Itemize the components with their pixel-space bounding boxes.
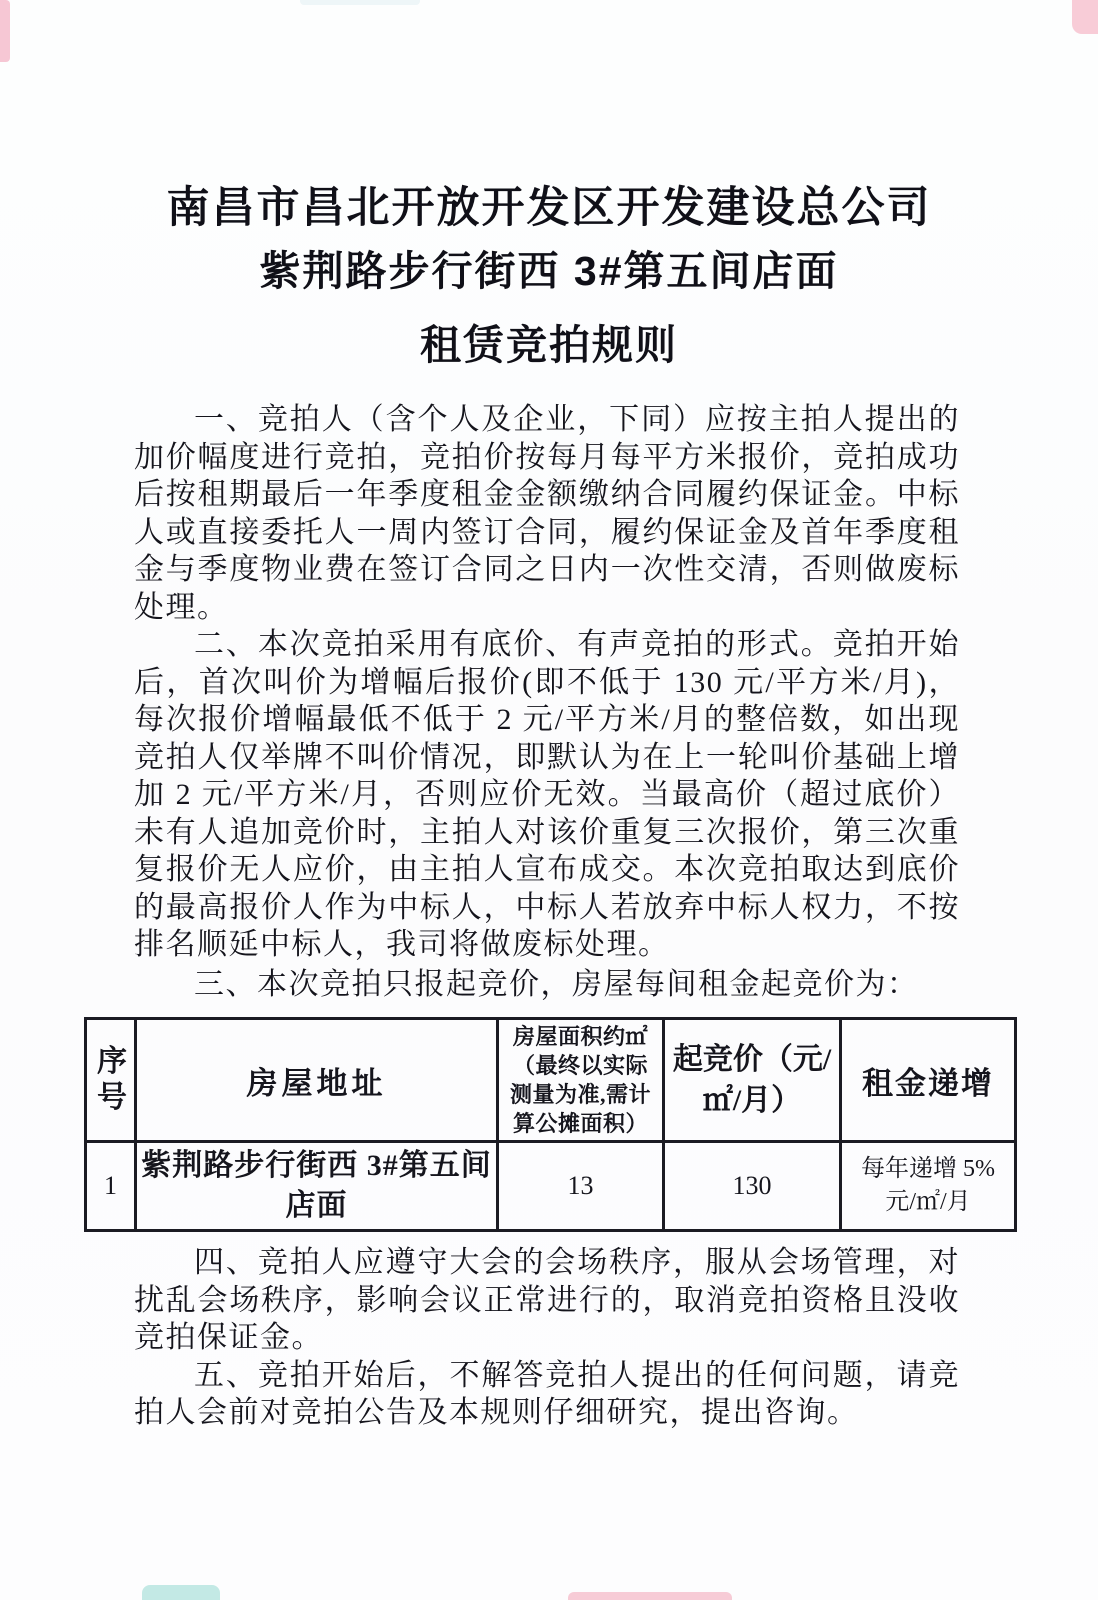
scan-artifact-top-right (1072, 0, 1098, 34)
col-header-area: 房屋面积约㎡（最终以实际测量为准,需计算公摊面积） (498, 1019, 664, 1142)
rule-paragraph-3: 三、本次竞拍只报起竞价，房屋每间租金起竞价为： (84, 966, 1014, 1004)
table-header-row: 序号 房屋地址 房屋面积约㎡（最终以实际测量为准,需计算公摊面积） 起竞价（元/… (86, 1019, 1016, 1142)
rule-paragraph-1: 一、竞拍人（含个人及企业，下同）应按主拍人提出的加价幅度进行竞拍，竞拍价按每月每… (84, 401, 1014, 626)
rule-paragraph-4: 四、竞拍人应遵守大会的会场秩序，服从会场管理，对扰乱会场秩序，影响会议正常进行的… (84, 1244, 1014, 1357)
col-header-rent-increase: 租金递增 (841, 1019, 1016, 1142)
document-title-rules: 租赁竞拍规则 (84, 321, 1014, 369)
table-row: 1 紫荆路步行街西 3#第五间店面 13 130 每年递增 5%元/㎡/月 (86, 1142, 1016, 1231)
col-header-start-price: 起竞价（元/㎡/月） (664, 1019, 841, 1142)
rule-paragraph-5: 五、竞拍开始后，不解答竞拍人提出的任何问题，请竞拍人会前对竞拍公告及本规则仔细研… (84, 1357, 1014, 1432)
scan-artifact-top-left (0, 0, 10, 62)
document-title-company: 南昌市昌北开放开发区开发建设总公司 (84, 183, 1014, 233)
col-header-address: 房屋地址 (136, 1019, 498, 1142)
cell-area: 13 (498, 1142, 664, 1231)
cell-serial-number: 1 (86, 1142, 136, 1231)
scan-artifact-bottom-pink (568, 1592, 732, 1600)
col-header-serial-number: 序号 (86, 1019, 136, 1142)
cell-rent-increase: 每年递增 5%元/㎡/月 (841, 1142, 1016, 1231)
document-title-property: 紫荆路步行街西 3#第五间店面 (84, 247, 1014, 295)
starting-price-table: 序号 房屋地址 房屋面积约㎡（最终以实际测量为准,需计算公摊面积） 起竞价（元/… (84, 1017, 1017, 1232)
rule-paragraph-2: 二、本次竞拍采用有底价、有声竞拍的形式。竞拍开始后，首次叫价为增幅后报价(即不低… (84, 626, 1014, 964)
document-content: 南昌市昌北开放开发区开发建设总公司 紫荆路步行街西 3#第五间店面 租赁竞拍规则… (84, 0, 1014, 1432)
scan-artifact-bottom-teal (142, 1585, 220, 1600)
scanned-document-page: 南昌市昌北开放开发区开发建设总公司 紫荆路步行街西 3#第五间店面 租赁竞拍规则… (0, 0, 1098, 1600)
cell-address: 紫荆路步行街西 3#第五间店面 (136, 1142, 498, 1231)
cell-start-price: 130 (664, 1142, 841, 1231)
